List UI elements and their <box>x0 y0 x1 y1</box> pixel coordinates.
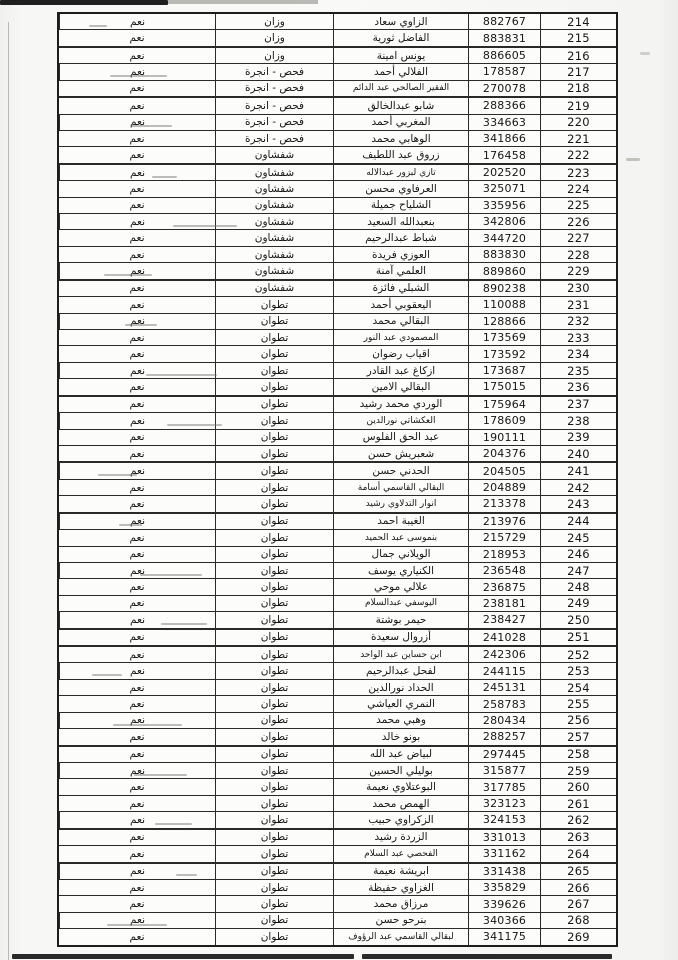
name-cell: الزردة رشيد <box>333 830 468 845</box>
scan-artifact-top-dark <box>0 0 168 5</box>
approved-cell: نعم <box>59 496 215 511</box>
table-row: 233173569المصمودي عبد النورتطواننعم <box>59 329 616 345</box>
id-number-cell: 883831 <box>468 30 540 45</box>
approved-cell: نعم <box>59 81 215 96</box>
table-row: 265331438ابريشة نعيمةتطواننعم <box>59 862 616 879</box>
id-number-cell: 244115 <box>468 663 540 678</box>
name-cell: بنموسى عبد الحميد <box>333 530 468 545</box>
id-number-cell: 173592 <box>468 346 540 361</box>
approved-cell: نعم <box>59 779 215 794</box>
city-cell: تطوان <box>215 796 333 811</box>
approved-cell: نعم <box>59 663 215 678</box>
row-number-cell: 267 <box>540 896 616 911</box>
row-number-cell: 230 <box>540 281 616 296</box>
row-number-cell: 221 <box>540 131 616 146</box>
approved-cell: نعم <box>59 796 215 811</box>
row-number-cell: 265 <box>540 864 616 879</box>
row-number-cell: 247 <box>540 563 616 578</box>
table-row: 231110088اليعقوبي أحمدتطواننعم <box>59 296 616 312</box>
approved-cell: نعم <box>59 729 215 744</box>
approved-cell: نعم <box>59 446 215 461</box>
approved-cell: نعم <box>59 263 215 278</box>
id-number-cell: 882767 <box>468 14 540 29</box>
id-number-cell: 204505 <box>468 463 540 478</box>
approved-cell: نعم <box>59 630 215 645</box>
name-cell: البقالي الامين <box>333 379 468 394</box>
table-row: 241204505الحدني حسنتطواننعم <box>59 461 616 478</box>
approved-cell: نعم <box>59 314 215 329</box>
name-cell: العوزي فريدة <box>333 247 468 262</box>
city-cell: شفشاون <box>215 147 333 162</box>
scan-dash-artifact <box>176 874 197 876</box>
name-cell: بوليلي الحسين <box>333 763 468 778</box>
id-number-cell: 334663 <box>468 115 540 130</box>
scan-dash-artifact <box>110 75 167 77</box>
id-number-cell: 245131 <box>468 680 540 695</box>
scan-dash-artifact <box>140 574 202 576</box>
row-number-cell: 245 <box>540 530 616 545</box>
id-number-cell: 325071 <box>468 181 540 196</box>
id-number-cell: 190111 <box>468 430 540 445</box>
table-row: 220334663المغربي أحمدفحص - انجرةنعم <box>59 114 616 130</box>
scan-dash-artifact <box>89 25 107 27</box>
id-number-cell: 178587 <box>468 64 540 79</box>
table-row: 236175015البقالي الامينتطواننعم <box>59 378 616 394</box>
name-cell: اليوسفي عبدالسلام <box>333 596 468 611</box>
row-number-cell: 249 <box>540 596 616 611</box>
approved-cell: نعم <box>59 48 215 63</box>
approved-cell: نعم <box>59 463 215 478</box>
name-cell: العرفاوي محسن <box>333 181 468 196</box>
approved-cell: نعم <box>59 14 215 29</box>
records-table: 214882767الزاوي سعادوزاننعم215883831الفا… <box>57 12 618 947</box>
id-number-cell: 176458 <box>468 147 540 162</box>
approved-cell: نعم <box>59 281 215 296</box>
city-cell: تطوان <box>215 346 333 361</box>
table-row: 240204376شعبريش حسنتطواننعم <box>59 445 616 461</box>
approved-cell: نعم <box>59 864 215 879</box>
scan-dash-artifact <box>131 125 172 127</box>
row-number-cell: 262 <box>540 812 616 827</box>
city-cell: شفشاون <box>215 181 333 196</box>
id-number-cell: 215729 <box>468 530 540 545</box>
city-cell: تطوان <box>215 846 333 861</box>
approved-cell: نعم <box>59 165 215 180</box>
name-cell: الوهابي محمد <box>333 131 468 146</box>
city-cell: تطوان <box>215 663 333 678</box>
city-cell: شفشاون <box>215 247 333 262</box>
id-number-cell: 173569 <box>468 330 540 345</box>
name-cell: لبياض عبد الله <box>333 747 468 762</box>
approved-cell: نعم <box>59 147 215 162</box>
table-row: 244213976الغيبة احمدتطواننعم <box>59 512 616 529</box>
row-number-cell: 251 <box>540 630 616 645</box>
approved-cell: نعم <box>59 612 215 627</box>
row-number-cell: 260 <box>540 779 616 794</box>
name-cell: الغزاوي حفيظة <box>333 880 468 895</box>
row-number-cell: 263 <box>540 830 616 845</box>
name-cell: البقالي محمد <box>333 314 468 329</box>
row-number-cell: 227 <box>540 230 616 245</box>
scan-artifact-right-1 <box>626 158 640 161</box>
id-number-cell: 202520 <box>468 165 540 180</box>
scan-dash-artifact <box>134 774 187 776</box>
name-cell: ابن حساين عبد الواحد <box>333 647 468 662</box>
approved-cell: نعم <box>59 413 215 428</box>
page-edge-line <box>8 22 9 960</box>
approved-cell: نعم <box>59 397 215 412</box>
name-cell: اقياب رضوان <box>333 346 468 361</box>
id-number-cell: 238427 <box>468 612 540 627</box>
city-cell: تطوان <box>215 747 333 762</box>
table-row: 225335956الشلياح جميلةشفشاوننعم <box>59 197 616 213</box>
name-cell: زروق عبد اللطيف <box>333 147 468 162</box>
name-cell: الويلاني جمال <box>333 547 468 562</box>
approved-cell: نعم <box>59 198 215 213</box>
approved-cell: نعم <box>59 430 215 445</box>
table-row: 258297445لبياض عبد اللهتطواننعم <box>59 745 616 762</box>
id-number-cell: 213976 <box>468 514 540 529</box>
table-row: 259315877بوليلي الحسينتطواننعم <box>59 762 616 778</box>
city-cell: تطوان <box>215 896 333 911</box>
city-cell: تطوان <box>215 496 333 511</box>
city-cell: تطوان <box>215 929 333 944</box>
table-row: 234173592اقياب رضوانتطواننعم <box>59 345 616 361</box>
scan-dash-artifact <box>146 374 217 376</box>
table-row: 262324153الزكراوي حبيبتطواننعم <box>59 811 616 827</box>
row-number-cell: 214 <box>540 14 616 29</box>
id-number-cell: 344720 <box>468 230 540 245</box>
id-number-cell: 204889 <box>468 480 540 495</box>
approved-cell: نعم <box>59 480 215 495</box>
table-row: 246218953الويلاني جمالتطواننعم <box>59 546 616 562</box>
approved-cell: نعم <box>59 131 215 146</box>
table-row: 249238181اليوسفي عبدالسلامتطواننعم <box>59 595 616 611</box>
table-row: 230890238الشبلي فائزةشفشاوننعم <box>59 279 616 296</box>
row-number-cell: 216 <box>540 48 616 63</box>
approved-cell: نعم <box>59 812 215 827</box>
name-cell: تازي لبزور عبدالاله <box>333 165 468 180</box>
row-number-cell: 261 <box>540 796 616 811</box>
approved-cell: نعم <box>59 115 215 130</box>
city-cell: تطوان <box>215 713 333 728</box>
city-cell: تطوان <box>215 314 333 329</box>
row-number-cell: 224 <box>540 181 616 196</box>
scan-dash-artifact <box>107 924 167 926</box>
id-number-cell: 238181 <box>468 596 540 611</box>
id-number-cell: 175015 <box>468 379 540 394</box>
row-number-cell: 242 <box>540 480 616 495</box>
id-number-cell: 280434 <box>468 713 540 728</box>
city-cell: شفشاون <box>215 230 333 245</box>
table-row: 267339626مرزاق محمدتطواننعم <box>59 895 616 911</box>
city-cell: تطوان <box>215 480 333 495</box>
table-row: 251241028أزروال سعيدةتطواننعم <box>59 628 616 645</box>
table-row: 215883831الفاضل ثوريةوزاننعم <box>59 29 616 45</box>
row-number-cell: 244 <box>540 514 616 529</box>
id-number-cell: 110088 <box>468 297 540 312</box>
city-cell: تطوان <box>215 363 333 378</box>
city-cell: تطوان <box>215 880 333 895</box>
table-row: 248236875علالي موحيتطواننعم <box>59 578 616 594</box>
approved-cell: نعم <box>59 98 215 113</box>
name-cell: الحداد نورالدين <box>333 680 468 695</box>
city-cell: تطوان <box>215 729 333 744</box>
name-cell: الحدني حسن <box>333 463 468 478</box>
row-number-cell: 255 <box>540 696 616 711</box>
approved-cell: نعم <box>59 214 215 229</box>
approved-cell: نعم <box>59 747 215 762</box>
table-row: 226342806بنعبدالله السعيدشفشاوننعم <box>59 213 616 229</box>
scan-artifact-bottom-left <box>12 954 354 959</box>
name-cell: عبد الحق الفلوس <box>333 430 468 445</box>
id-number-cell: 288257 <box>468 729 540 744</box>
table-row: 250238427حيمر بوشتةتطواننعم <box>59 611 616 627</box>
approved-cell: نعم <box>59 880 215 895</box>
table-row: 261323123الهمص محمدتطواننعم <box>59 795 616 811</box>
row-number-cell: 233 <box>540 330 616 345</box>
approved-cell: نعم <box>59 763 215 778</box>
city-cell: شفشاون <box>215 198 333 213</box>
name-cell: الزكراوي حبيب <box>333 812 468 827</box>
table-row: 227344720شباط عبدالرحيمشفشاوننعم <box>59 229 616 245</box>
city-cell: تطوان <box>215 446 333 461</box>
id-number-cell: 178609 <box>468 413 540 428</box>
name-cell: شعبريش حسن <box>333 446 468 461</box>
table-row: 239190111عبد الحق الفلوستطواننعم <box>59 429 616 445</box>
city-cell: تطوان <box>215 430 333 445</box>
table-row: 253244115لفحل عبدالرحيمتطواننعم <box>59 662 616 678</box>
row-number-cell: 243 <box>540 496 616 511</box>
table-row: 238178609العكشاتي نورالدينتطواننعم <box>59 412 616 428</box>
name-cell: الشبلي فائزة <box>333 281 468 296</box>
id-number-cell: 213378 <box>468 496 540 511</box>
table-row: 256280434وهبي محمدتطواننعم <box>59 712 616 728</box>
name-cell: البوعتلاوي نعيمة <box>333 779 468 794</box>
scan-dash-artifact <box>104 274 152 276</box>
row-number-cell: 228 <box>540 247 616 262</box>
id-number-cell: 258783 <box>468 696 540 711</box>
row-number-cell: 246 <box>540 547 616 562</box>
row-number-cell: 225 <box>540 198 616 213</box>
city-cell: تطوان <box>215 680 333 695</box>
city-cell: تطوان <box>215 297 333 312</box>
row-number-cell: 268 <box>540 913 616 928</box>
name-cell: اليعقوبي أحمد <box>333 297 468 312</box>
approved-cell: نعم <box>59 330 215 345</box>
row-number-cell: 240 <box>540 446 616 461</box>
city-cell: تطوان <box>215 514 333 529</box>
city-cell: تطوان <box>215 330 333 345</box>
name-cell: أزروال سعيدة <box>333 630 468 645</box>
id-number-cell: 342806 <box>468 214 540 229</box>
name-cell: شباط عبدالرحيم <box>333 230 468 245</box>
table-row: 245215729بنموسى عبد الحميدتطواننعم <box>59 529 616 545</box>
approved-cell: نعم <box>59 379 215 394</box>
name-cell: بنرحو حسن <box>333 913 468 928</box>
name-cell: المصمودي عبد النور <box>333 330 468 345</box>
row-number-cell: 236 <box>540 379 616 394</box>
name-cell: النمري العياشي <box>333 696 468 711</box>
table-row: 266335829الغزاوي حفيظةتطواننعم <box>59 879 616 895</box>
city-cell: وزان <box>215 30 333 45</box>
id-number-cell: 883830 <box>468 247 540 262</box>
approved-cell: نعم <box>59 230 215 245</box>
city-cell: شفشاون <box>215 214 333 229</box>
approved-cell: نعم <box>59 830 215 845</box>
row-number-cell: 229 <box>540 263 616 278</box>
city-cell: شفشاون <box>215 263 333 278</box>
table-row: 263331013الزردة رشيدتطواننعم <box>59 828 616 845</box>
scan-dash-artifact <box>167 424 222 426</box>
city-cell: تطوان <box>215 413 333 428</box>
name-cell: لبقالي القاسمي عبد الرؤوف <box>333 929 468 944</box>
city-cell: فحص - انجرة <box>215 131 333 146</box>
approved-cell: نعم <box>59 846 215 861</box>
city-cell: تطوان <box>215 830 333 845</box>
row-number-cell: 220 <box>540 115 616 130</box>
name-cell: لفحل عبدالرحيم <box>333 663 468 678</box>
scan-dash-artifact <box>161 623 207 625</box>
city-cell: تطوان <box>215 696 333 711</box>
city-cell: فحص - انجرة <box>215 81 333 96</box>
name-cell: العكشاتي نورالدين <box>333 413 468 428</box>
id-number-cell: 341866 <box>468 131 540 146</box>
row-number-cell: 222 <box>540 147 616 162</box>
row-number-cell: 258 <box>540 747 616 762</box>
table-row: 235173687ازكاغ عبد القادرتطواننعم <box>59 362 616 378</box>
table-row: 232128866البقالي محمدتطواننعم <box>59 313 616 329</box>
row-number-cell: 252 <box>540 647 616 662</box>
approved-cell: نعم <box>59 181 215 196</box>
name-cell: المغربي أحمد <box>333 115 468 130</box>
table-row: 222176458زروق عبد اللطيفشفشاوننعم <box>59 146 616 162</box>
city-cell: تطوان <box>215 397 333 412</box>
city-cell: تطوان <box>215 379 333 394</box>
approved-cell: نعم <box>59 530 215 545</box>
name-cell: يونس امينة <box>333 48 468 63</box>
name-cell: حيمر بوشتة <box>333 612 468 627</box>
id-number-cell: 340366 <box>468 913 540 928</box>
approved-cell: نعم <box>59 713 215 728</box>
table-row: 224325071العرفاوي محسنشفشاوننعم <box>59 180 616 196</box>
scan-dash-artifact <box>113 724 182 726</box>
approved-cell: نعم <box>59 547 215 562</box>
id-number-cell: 324153 <box>468 812 540 827</box>
table-row: 268340366بنرحو حسنتطواننعم <box>59 912 616 928</box>
id-number-cell: 241028 <box>468 630 540 645</box>
city-cell: تطوان <box>215 563 333 578</box>
row-number-cell: 253 <box>540 663 616 678</box>
id-number-cell: 331162 <box>468 846 540 861</box>
row-number-cell: 269 <box>540 929 616 944</box>
row-number-cell: 217 <box>540 64 616 79</box>
name-cell: بونو خالد <box>333 729 468 744</box>
name-cell: وهبي محمد <box>333 713 468 728</box>
approved-cell: نعم <box>59 913 215 928</box>
name-cell: الشلياح جميلة <box>333 198 468 213</box>
scan-dash-artifact <box>98 474 137 476</box>
approved-cell: نعم <box>59 680 215 695</box>
approved-cell: نعم <box>59 647 215 662</box>
row-number-cell: 259 <box>540 763 616 778</box>
row-number-cell: 237 <box>540 397 616 412</box>
scan-dash-artifact <box>155 823 192 825</box>
table-row: 255258783النمري العياشيتطواننعم <box>59 695 616 711</box>
row-number-cell: 239 <box>540 430 616 445</box>
id-number-cell: 339626 <box>468 896 540 911</box>
table-row: 252242306ابن حساين عبد الواحدتطواننعم <box>59 645 616 662</box>
row-number-cell: 219 <box>540 98 616 113</box>
city-cell: تطوان <box>215 779 333 794</box>
row-number-cell: 248 <box>540 579 616 594</box>
row-number-cell: 238 <box>540 413 616 428</box>
id-number-cell: 270078 <box>468 81 540 96</box>
city-cell: وزان <box>215 48 333 63</box>
city-cell: تطوان <box>215 547 333 562</box>
id-number-cell: 317785 <box>468 779 540 794</box>
scan-artifact-right-2 <box>640 52 650 55</box>
table-row: 218270078الفقير الصالحي عبد الدائمفحص - … <box>59 80 616 96</box>
name-cell: العلمي آمنة <box>333 263 468 278</box>
approved-cell: نعم <box>59 896 215 911</box>
row-number-cell: 250 <box>540 612 616 627</box>
scan-artifact-top-gray <box>168 0 318 4</box>
approved-cell: نعم <box>59 297 215 312</box>
id-number-cell: 323123 <box>468 796 540 811</box>
city-cell: تطوان <box>215 596 333 611</box>
city-cell: تطوان <box>215 647 333 662</box>
city-cell: وزان <box>215 14 333 29</box>
name-cell: الفاضل ثورية <box>333 30 468 45</box>
name-cell: الفحصي عبد السلام <box>333 846 468 861</box>
city-cell: تطوان <box>215 630 333 645</box>
id-number-cell: 331013 <box>468 830 540 845</box>
table-row: 260317785البوعتلاوي نعيمةتطواننعم <box>59 778 616 794</box>
name-cell: علالي موحي <box>333 579 468 594</box>
name-cell: الغيبة احمد <box>333 514 468 529</box>
id-number-cell: 335829 <box>468 880 540 895</box>
name-cell: الوردي محمد رشيد <box>333 397 468 412</box>
table-row: 219288366شابو عبدالخالقفحص - انجرةنعم <box>59 96 616 113</box>
approved-cell: نعم <box>59 696 215 711</box>
table-row: 237175964الوردي محمد رشيدتطواننعم <box>59 395 616 412</box>
row-number-cell: 223 <box>540 165 616 180</box>
city-cell: تطوان <box>215 530 333 545</box>
id-number-cell: 890238 <box>468 281 540 296</box>
approved-cell: نعم <box>59 929 215 944</box>
id-number-cell: 204376 <box>468 446 540 461</box>
approved-cell: نعم <box>59 247 215 262</box>
approved-cell: نعم <box>59 596 215 611</box>
table-row: 214882767الزاوي سعادوزاننعم <box>59 14 616 29</box>
id-number-cell: 242306 <box>468 647 540 662</box>
approved-cell: نعم <box>59 579 215 594</box>
city-cell: تطوان <box>215 812 333 827</box>
name-cell: الكنياري يوسف <box>333 563 468 578</box>
row-number-cell: 257 <box>540 729 616 744</box>
table-row: 254245131الحداد نورالدينتطواننعم <box>59 679 616 695</box>
table-row: 228883830العوزي فريدةشفشاوننعم <box>59 246 616 262</box>
table-row: 242204889البقالي القاسمي أسامةتطواننعم <box>59 479 616 495</box>
id-number-cell: 315877 <box>468 763 540 778</box>
name-cell: الفقير الصالحي عبد الدائم <box>333 81 468 96</box>
row-number-cell: 215 <box>540 30 616 45</box>
name-cell: الزاوي سعاد <box>333 14 468 29</box>
scan-dash-artifact <box>92 674 122 676</box>
approved-cell: نعم <box>59 363 215 378</box>
scan-dash-artifact <box>173 225 237 227</box>
